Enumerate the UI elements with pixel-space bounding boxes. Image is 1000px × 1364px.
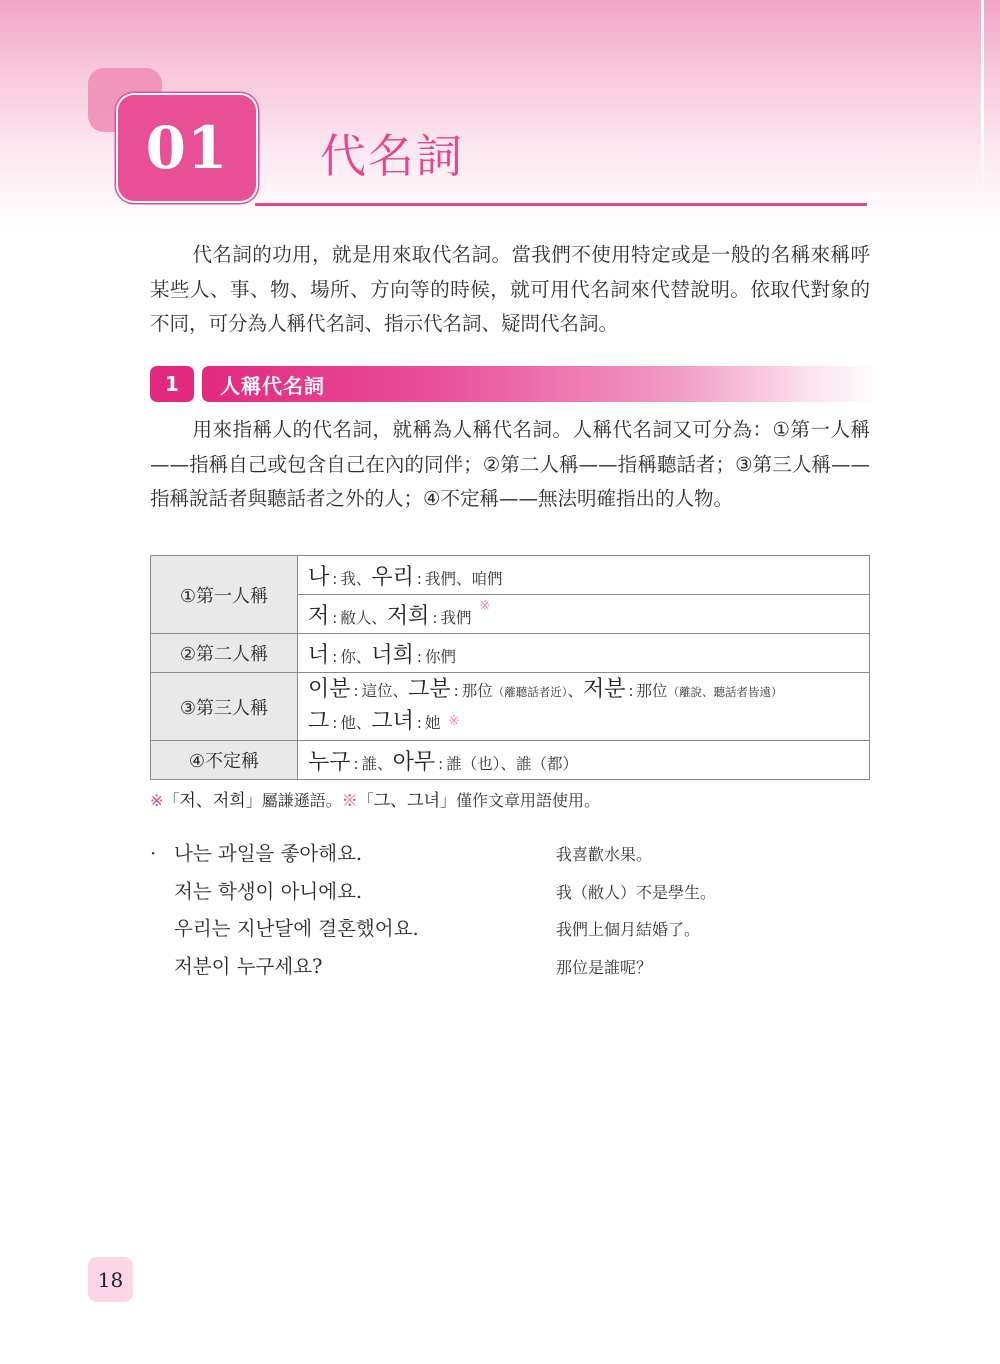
korean-word: 우리 xyxy=(371,565,414,590)
chinese-meaning: 我們、咱們 xyxy=(425,570,503,588)
korean-sentence: 우리는 지난달에 결혼했어요. xyxy=(174,917,419,940)
example-sentences: ·나는 과일을 좋아해요. 我喜歡水果。 저는 학생이 아니에요. 我（敝人）不… xyxy=(150,838,870,988)
section-text: 用來指稱人的代名詞，就稱為人稱代名詞。人稱代名詞又可分為：①第一人稱——指稱自己… xyxy=(150,418,870,510)
chinese-meaning: 那位 xyxy=(637,682,668,700)
note-mark-icon: ※ xyxy=(448,714,459,729)
intro-text: 代名詞的功用，就是用來取代名詞。當我們不使用特定或是一般的名稱來稱呼某些人、事、… xyxy=(150,243,870,335)
personal-pronoun-table: ①第一人稱 나:我、우리:我們、咱們 저:敝人、저희:我們※ ②第二人稱 너:你… xyxy=(150,555,870,780)
chinese-meaning: 誰 xyxy=(362,755,378,773)
pronoun-cell: 누구:誰、아무:誰（也）、誰（都） xyxy=(298,741,870,780)
korean-word: 저희 xyxy=(387,604,430,629)
page-number-badge: 18 xyxy=(88,1257,133,1302)
note-mark-icon: ※ xyxy=(479,599,490,614)
category-cell: ②第二人稱 xyxy=(151,634,298,673)
korean-sentence: 나는 과일을 좋아해요. xyxy=(174,842,362,865)
section-number: 1 xyxy=(150,366,194,402)
note-text: 」屬謙遜語。 xyxy=(246,791,342,810)
chinese-meaning: 你 xyxy=(340,648,356,666)
korean-word: 저 xyxy=(308,604,329,629)
note-mark-icon: ※ xyxy=(150,791,163,810)
korean-word: 이분 xyxy=(308,677,351,702)
usage-note: （離聽話者近） xyxy=(493,685,568,699)
table-row: ①第一人稱 나:我、우리:我們、咱們 xyxy=(151,556,870,595)
list-item: 우리는 지난달에 결혼했어요. 我們上個月結婚了。 xyxy=(150,913,870,951)
chinese-meaning: 她 xyxy=(425,714,441,732)
table-row: ④不定稱 누구:誰、아무:誰（也）、誰（都） xyxy=(151,741,870,780)
note-mark-icon: ※ xyxy=(342,791,358,810)
intro-paragraph: 代名詞的功用，就是用來取代名詞。當我們不使用特定或是一般的名稱來稱呼某些人、事、… xyxy=(150,238,870,342)
table-row: ③第三人稱 이분:這位、그분:那位（離聽話者近）、저분:那位（離說、聽話者皆遠）… xyxy=(151,673,870,741)
korean-word: 그 xyxy=(308,709,329,734)
chinese-meaning: 你們 xyxy=(425,648,456,666)
chapter-title-underline xyxy=(255,203,867,206)
table-footnote: ※「저、저희」屬謙遜語。※「그、그녀」僅作文章用語使用。 xyxy=(150,786,600,811)
korean-word: 그분 xyxy=(408,677,451,702)
section-paragraph: 用來指稱人的代名詞，就稱為人稱代名詞。人稱代名詞又可分為：①第一人稱——指稱自己… xyxy=(150,413,870,517)
header-decorative-stripe xyxy=(981,0,984,220)
korean-word: 나 xyxy=(308,565,329,590)
category-cell: ③第三人稱 xyxy=(151,673,298,741)
korean-sentence: 저는 학생이 아니에요. xyxy=(174,880,362,903)
chinese-meaning: 這位 xyxy=(362,682,393,700)
list-item: 저는 학생이 아니에요. 我（敝人）不是學生。 xyxy=(150,876,870,914)
chinese-meaning: 他 xyxy=(340,714,356,732)
pronoun-cell: 저:敝人、저희:我們※ xyxy=(298,595,870,634)
korean-word: 저、저희 xyxy=(179,791,245,811)
korean-word: 그녀 xyxy=(371,709,414,734)
pronoun-cell: 나:我、우리:我們、咱們 xyxy=(298,556,870,595)
chapter-number-badge: 01 xyxy=(118,95,256,201)
usage-note: （離說、聽話者皆遠） xyxy=(668,685,783,699)
category-cell: ④不定稱 xyxy=(151,741,298,780)
chapter-number: 01 xyxy=(146,114,229,182)
list-item: ·나는 과일을 좋아해요. 我喜歡水果。 xyxy=(150,838,870,876)
chinese-translation: 我喜歡水果。 xyxy=(556,842,652,865)
bullet: · xyxy=(150,842,174,865)
chinese-meaning: 誰（也）、誰（都） xyxy=(446,755,578,773)
chinese-meaning: 那位 xyxy=(462,682,493,700)
section-heading: 1 人稱代名詞 xyxy=(150,366,880,402)
chapter-title: 代名詞 xyxy=(320,120,464,186)
page-number: 18 xyxy=(98,1268,123,1292)
chinese-meaning: 敝人 xyxy=(340,609,371,627)
chinese-translation: 我們上個月結婚了。 xyxy=(556,917,700,940)
chinese-meaning: 我們 xyxy=(440,609,471,627)
section-title: 人稱代名詞 xyxy=(220,370,325,399)
korean-word: 누구 xyxy=(308,750,351,775)
list-item: 저분이 누구세요? 那位是誰呢？ xyxy=(150,951,870,989)
pronoun-cell: 너:你、너희:你們 xyxy=(298,634,870,673)
chinese-meaning: 我 xyxy=(340,570,356,588)
korean-word: 아무 xyxy=(393,750,436,775)
korean-word: 그、그녀 xyxy=(374,791,440,811)
quote-open: 「 xyxy=(163,791,179,810)
category-cell: ①第一人稱 xyxy=(151,556,298,634)
table-row: ②第二人稱 너:你、너희:你們 xyxy=(151,634,870,673)
note-text: 」僅作文章用語使用。 xyxy=(440,791,600,810)
korean-sentence: 저분이 누구세요? xyxy=(174,955,323,978)
korean-word: 너희 xyxy=(371,643,414,668)
chinese-translation: 那位是誰呢？ xyxy=(556,955,652,978)
chinese-translation: 我（敝人）不是學生。 xyxy=(556,880,716,903)
pronoun-cell: 이분:這位、그분:那位（離聽話者近）、저분:那位（離說、聽話者皆遠） 그:他、그… xyxy=(298,673,870,741)
korean-word: 너 xyxy=(308,643,329,668)
quote-open: 「 xyxy=(358,791,374,810)
korean-word: 저분 xyxy=(583,677,626,702)
